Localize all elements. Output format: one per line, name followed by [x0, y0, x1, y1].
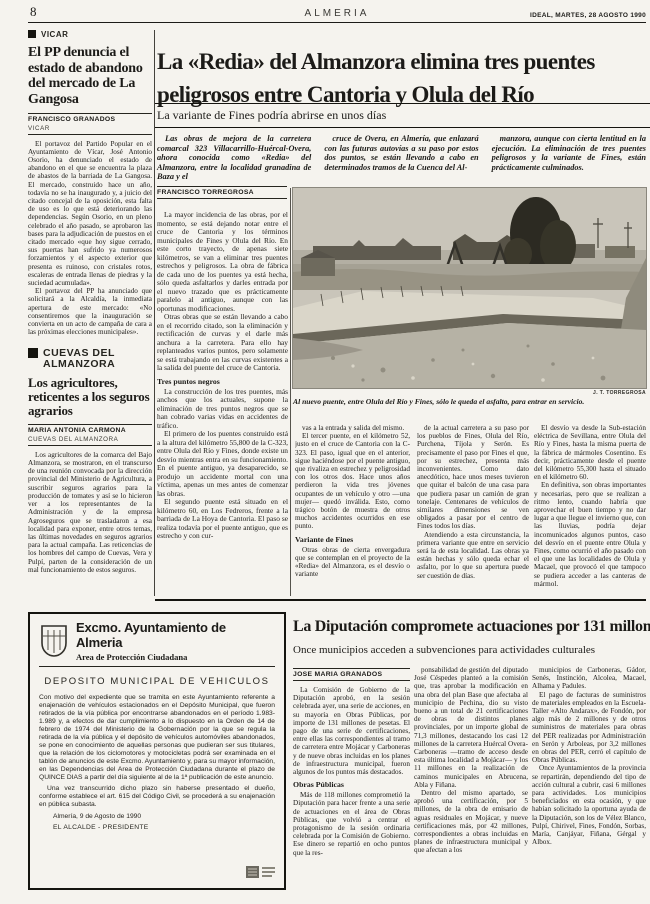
ad-footer-logo-icon [246, 864, 276, 880]
cuevas-byline: MARIA ANTONIA CARMONA CUEVAS DEL ALMANZO… [28, 424, 152, 446]
paragraph: de la actual carretera a su paso por los… [417, 424, 529, 531]
paragraph: Los agricultores de la comarca del Bajo … [28, 451, 152, 574]
main-column-2: vas a la entrada y salida del mismo. El … [295, 424, 410, 596]
section-square-icon [28, 30, 36, 38]
bridge-photo: J. T. TORREGROSA Al nuevo puente, entre … [293, 188, 646, 406]
lead-column: Las obras de mejora de la carretera coma… [157, 134, 311, 182]
paragraph: Otras obras de cierta envergadura que se… [295, 546, 410, 579]
byline-name: JOSE MARIA GRANADOS [293, 671, 410, 678]
cuevas-headline: Los agricultores, reticentes a los segur… [28, 376, 152, 418]
subhead-variante-de-fines: Variante de Fines [295, 535, 410, 544]
vicar-headline: El PP denuncia el estado de abandono del… [28, 45, 152, 107]
lead-column: cruce de Overa, en Almería, que enlazará… [324, 134, 478, 182]
subhead-tres-puntos-negros: Tres puntos negros [157, 377, 288, 386]
section-marker-vicar: VICAR [28, 30, 152, 39]
main-lead: Las obras de mejora de la carretera coma… [157, 134, 646, 182]
vertical-rule-mid [290, 188, 291, 596]
paragraph: El primero de los puentes construido est… [157, 430, 288, 498]
paragraph: Dentro del mismo apartado, se aprobó una… [414, 789, 528, 855]
ad-header: Excmo. Ayuntamiento de Almeria Area de P… [39, 620, 275, 667]
ad-dept-name: Area de Protección Ciudadana [76, 652, 275, 662]
subhead-obras-publicas: Obras Públicas [293, 780, 410, 789]
cuevas-body: Los agricultores de la comarca del Bajo … [28, 451, 152, 574]
diputacion-byline: JOSE MARIA GRANADOS [293, 668, 410, 681]
byline-name: MARIA ANTONIA CARMONA [28, 427, 152, 434]
ad-org-name: Excmo. Ayuntamiento de Almeria [76, 620, 275, 650]
newspaper-page: 8 ALMERIA IDEAL, MARTES, 28 AGOSTO 1990 … [0, 0, 650, 904]
ayuntamiento-crest-icon [39, 624, 69, 658]
byline-place: CUEVAS DEL ALMANZORA [28, 436, 152, 443]
municipal-ad: Excmo. Ayuntamiento de Almeria Area de P… [28, 612, 286, 890]
ad-paragraph: Una vez transcurrido dicho plazo sin hab… [39, 785, 275, 809]
section-divider-rule [155, 599, 646, 601]
main-standfirst: La variante de Fines podría abrirse en u… [155, 103, 650, 128]
paragraph: La Comisión de Gobierno de la Diputación… [293, 686, 410, 776]
section-marker-label: CUEVAS DEL ALMANZORA [43, 348, 152, 370]
diputacion-column-1: JOSE MARIA GRANADOS La Comisión de Gobie… [293, 666, 410, 904]
byline-name: FRANCISCO GRANADOS [28, 116, 152, 123]
paragraph: municipios de Carboneras, Gádor, Senés, … [532, 666, 646, 691]
paragraph: En definitiva, son obras importantes y n… [534, 481, 646, 588]
paragraph: Once Ayuntamientos de la provincia se re… [532, 764, 646, 846]
ad-paragraph: Con motivo del expediente que se tramita… [39, 694, 275, 782]
ad-signature: EL ALCALDE - PRESIDENTE [53, 824, 275, 832]
section-marker-label: VICAR [41, 30, 68, 39]
photo-caption: Al nuevo puente, entre Olula del Río y F… [293, 397, 646, 406]
main-byline: FRANCISCO TORREGROSA [157, 186, 287, 199]
ad-title: DEPOSITO MUNICIPAL DE VEHICULOS [39, 676, 275, 687]
paragraph: Otras obras que se están llevando a cabo… [157, 313, 288, 373]
paragraph: La mayor incidencia de las obras, por el… [157, 211, 288, 313]
paragraph: vas a la entrada y salida del mismo. [295, 424, 410, 432]
diputacion-headline: La Diputación compromete actuaciones por… [293, 617, 646, 636]
photo-credit: J. T. TORREGROSA [293, 390, 646, 396]
paragraph: El portavoz del Partido Popular en el Ay… [28, 140, 152, 288]
paragraph: El segundo puente está situado en el kil… [157, 498, 288, 541]
paragraph: El portavoz del PP ha anunciado que soli… [28, 287, 152, 336]
diputacion-column-2: ponsabilidad de gestión del diputado Jos… [414, 666, 528, 904]
diputacion-subhead: Once municipios acceden a subvenciones p… [293, 644, 646, 656]
ad-header-titles: Excmo. Ayuntamiento de Almeria Area de P… [76, 620, 275, 662]
byline-name: FRANCISCO TORREGROSA [157, 189, 287, 196]
paragraph: El pago de facturas de suministros de ma… [532, 691, 646, 765]
lead-column: manzora, aunque con cierta lentitud en l… [492, 134, 646, 182]
masthead-dateline: IDEAL, MARTES, 28 AGOSTO 1990 [530, 12, 646, 19]
main-column-4: El desvío va desde la Sub-estación eléct… [534, 424, 646, 596]
paragraph: Atendiendo a esta circunstancia, la prim… [417, 531, 529, 580]
paragraph: La construcción de los tres puentes, más… [157, 388, 288, 431]
article-cuevas: CUEVAS DEL ALMANZORA Los agricultores, r… [28, 348, 152, 574]
left-column: VICAR El PP denuncia el estado de abando… [28, 30, 152, 582]
masthead: 8 ALMERIA IDEAL, MARTES, 28 AGOSTO 1990 [28, 4, 646, 23]
section-marker-cuevas: CUEVAS DEL ALMANZORA [28, 348, 152, 370]
bridge-photo-illustration [293, 188, 646, 388]
paragraph: El desvío va desde la Sub-estación eléct… [534, 424, 646, 481]
main-column-3: de la actual carretera a su paso por los… [417, 424, 529, 596]
main-headline: La «Redia» del Almanzora elimina tres pu… [157, 45, 646, 111]
vicar-body: El portavoz del Partido Popular en el Ay… [28, 140, 152, 337]
byline-place: VICAR [28, 125, 152, 132]
paragraph: El tercer puente, en el kilómetro 52, ju… [295, 432, 410, 530]
section-square-icon [28, 348, 38, 358]
diputacion-column-3: municipios de Carboneras, Gádor, Senés, … [532, 666, 646, 904]
paragraph: Más de 118 millones comprometió la Diput… [293, 791, 410, 857]
article-vicar: VICAR El PP denuncia el estado de abando… [28, 30, 152, 336]
paragraph: ponsabilidad de gestión del diputado Jos… [414, 666, 528, 789]
main-column-1: La mayor incidencia de las obras, por el… [157, 211, 288, 596]
ad-place-date: Almería, 9 de Agosto de 1990 [53, 813, 275, 821]
vicar-byline: FRANCISCO GRANADOS VICAR [28, 113, 152, 135]
